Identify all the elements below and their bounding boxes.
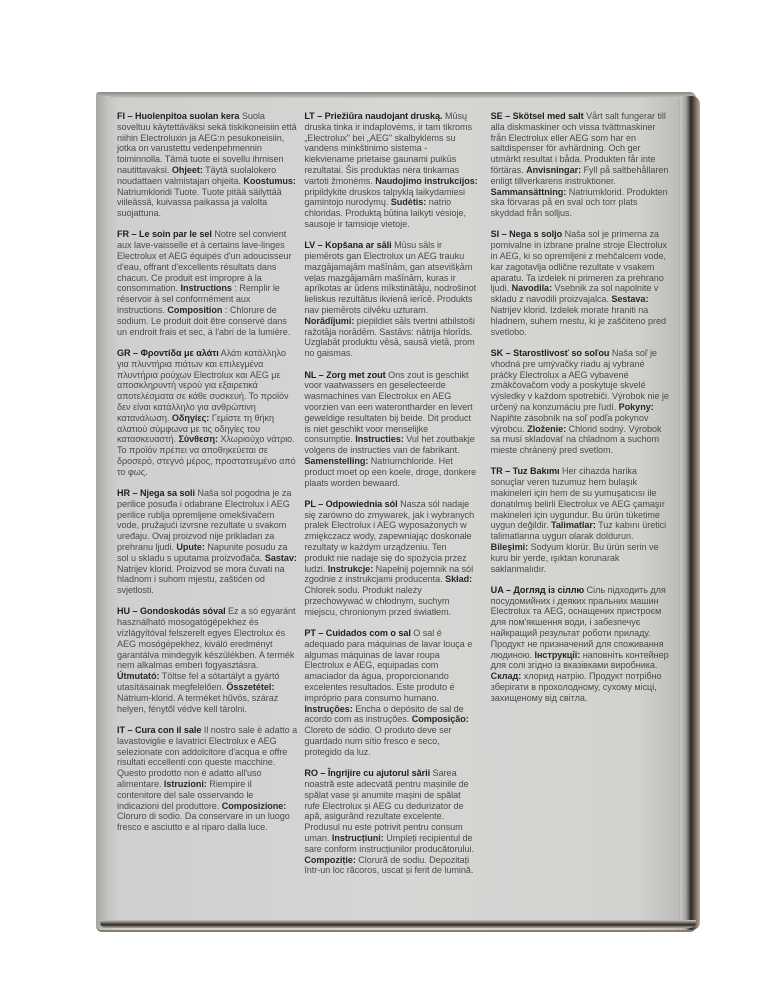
- section-label: Instructions: [181, 283, 232, 293]
- section-heading: UA – Догляд із сіллю: [491, 585, 584, 595]
- section-label: Sestava:: [611, 294, 648, 304]
- section-label: Composizione:: [222, 801, 287, 811]
- section-text: Cloreto de sódio. O produto deve ser gua…: [304, 725, 451, 757]
- section-heading: PL – Odpowiednia sól: [304, 499, 397, 509]
- section-text: Cloruro di sodio. Da conservare in un lu…: [117, 811, 290, 832]
- section-heading: NL – Zorg met zout: [304, 370, 385, 380]
- section-label: Sudėtis:: [391, 197, 426, 207]
- section-label: Instruções:: [304, 704, 352, 714]
- section-label: Instrucțiuni:: [332, 833, 384, 843]
- section-heading: IT – Cura con il sale: [117, 725, 201, 735]
- section-label: Istruzioni:: [164, 779, 207, 789]
- language-section-lt: LT – Priežiūra naudojant druską. Mūsų dr…: [304, 111, 477, 230]
- section-heading: TR – Tuz Bakımı: [491, 466, 560, 476]
- package-right-edge: [680, 96, 700, 930]
- section-label: Sammansättning:: [491, 187, 567, 197]
- package-bottom-edge: [100, 920, 696, 928]
- section-heading: LV – Kopšana ar sāli: [304, 240, 391, 250]
- column-left: FI – Huolenpitoa suolan kera Suola sovel…: [117, 111, 303, 887]
- language-section-ua: UA – Догляд із сіллю Сіль підходить для …: [491, 585, 671, 704]
- section-label: Οδηγίες:: [172, 413, 209, 423]
- section-label: Ohjeet:: [172, 165, 203, 175]
- section-heading: FR – Le soin par le sel: [117, 229, 212, 239]
- language-section-it: IT – Cura con il sale Il nostro sale è a…: [117, 725, 297, 833]
- language-section-se: SE – Skötsel med salt Vårt salt fungerar…: [491, 111, 671, 219]
- section-label: Pokyny:: [619, 402, 654, 412]
- section-label: Upute:: [176, 542, 205, 552]
- section-label: Instructies:: [355, 434, 403, 444]
- column-right: SE – Skötsel med salt Vårt salt fungerar…: [491, 111, 677, 887]
- section-label: Інструкції:: [535, 650, 581, 660]
- section-label: Norādījumi:: [304, 316, 354, 326]
- section-label: Talimatlar:: [551, 520, 596, 530]
- language-section-nl: NL – Zorg met zout Ons zout is geschikt …: [304, 370, 477, 489]
- section-text: Natrijev klorid. Proizvod se mora čuvati…: [117, 564, 285, 596]
- section-label: Zloženie:: [527, 424, 566, 434]
- language-section-tr: TR – Tuz Bakımı Her cihazda harika sonuç…: [491, 466, 671, 574]
- section-label: Sastav:: [265, 553, 297, 563]
- language-section-pt: PT – Cuidados com o sal O sal é adequado…: [304, 628, 477, 758]
- section-heading: LT – Priežiūra naudojant druską.: [304, 111, 442, 121]
- language-section-sk: SK – Starostlivosť so soľou Naša soľ je …: [491, 348, 671, 456]
- section-heading: PT – Cuidados com o sal: [304, 628, 410, 638]
- section-label: Naudojimo instrukcijos:: [375, 176, 477, 186]
- package-left-edge: [96, 96, 110, 928]
- section-text: Sarea noastră este adecvată pentru mașin…: [304, 768, 468, 843]
- section-label: Anvisningar:: [526, 165, 581, 175]
- section-text: Mūsų druska tinka ir indaplovėms, ir tam…: [304, 111, 472, 186]
- section-label: Composição:: [412, 714, 469, 724]
- section-heading: SK – Starostlivosť so soľou: [491, 348, 610, 358]
- section-text: Ons zout is geschikt voor vaatwassers en…: [304, 370, 472, 445]
- section-label: Compoziție:: [304, 855, 355, 865]
- section-heading: RO – Îngrijire cu ajutorul sării: [304, 768, 430, 778]
- section-text: Natrijev klorid. Izdelek morate hraniti …: [491, 305, 666, 337]
- section-text: O sal é adequado para máquinas de lavar …: [304, 628, 472, 703]
- section-label: Skład:: [445, 574, 472, 584]
- section-heading: HU – Gondoskodás sóval: [117, 606, 226, 616]
- section-heading: GR – Φροντίδα με αλάτι: [117, 348, 219, 358]
- section-label: Bileşimi:: [491, 542, 528, 552]
- section-label: Navodila:: [512, 283, 552, 293]
- language-section-ro: RO – Îngrijire cu ajutorul sării Sarea n…: [304, 768, 477, 876]
- section-label: Útmutató:: [117, 671, 159, 681]
- section-text: Nátrium-klorid. A terméket hűvös, száraz…: [117, 693, 278, 714]
- section-text: Chlorek sodu. Produkt należy przechowywa…: [304, 585, 451, 617]
- section-text: Natriumkloridi Tuote. Tuote pitää säilyt…: [117, 187, 282, 219]
- section-heading: HR – Njega sa soli: [117, 488, 195, 498]
- section-heading: SI – Nega s soljo: [491, 229, 562, 239]
- multilingual-instructions: FI – Huolenpitoa suolan kera Suola sovel…: [117, 111, 677, 887]
- language-section-fi: FI – Huolenpitoa suolan kera Suola sovel…: [117, 111, 297, 219]
- section-heading: FI – Huolenpitoa suolan kera: [117, 111, 239, 121]
- section-text: Mūsu sāls ir piemērots gan Electrolux un…: [304, 240, 476, 315]
- language-section-hu: HU – Gondoskodás sóval Ez a só egyaránt …: [117, 606, 297, 714]
- language-section-gr: GR – Φροντίδα με αλάτι Αλάτι κατάλληλο γ…: [117, 348, 297, 478]
- language-section-hr: HR – Njega sa soli Naša sol pogodna je z…: [117, 488, 297, 596]
- section-label: Σύνθεση:: [178, 434, 217, 444]
- section-text: Αλάτι κατάλληλο για πλυντήρια πιάτων και…: [117, 348, 289, 423]
- section-label: Instrukcje:: [328, 564, 373, 574]
- column-middle: LT – Priežiūra naudojant druską. Mūsų dr…: [304, 111, 483, 887]
- section-label: Samenstelling:: [304, 456, 368, 466]
- package-top-edge: [96, 92, 696, 98]
- section-label: Koostumus:: [243, 176, 296, 186]
- language-section-pl: PL – Odpowiednia sól Nasza sól nadaje si…: [304, 499, 477, 618]
- section-label: Composition: [167, 305, 222, 315]
- language-section-lv: LV – Kopšana ar sāli Mūsu sāls ir piemēr…: [304, 240, 477, 359]
- language-section-si: SI – Nega s soljo Naša sol je primerna z…: [491, 229, 671, 337]
- section-text: Nasza sól nadaje się zarówno do zmywarek…: [304, 499, 474, 574]
- section-label: Összetétel:: [226, 682, 274, 692]
- section-heading: SE – Skötsel med salt: [491, 111, 584, 121]
- section-label: Склад:: [491, 671, 522, 681]
- language-section-fr: FR – Le soin par le sel Notre sel convie…: [117, 229, 297, 337]
- section-text: Сіль підходить для посудомийних і деяких…: [491, 585, 666, 660]
